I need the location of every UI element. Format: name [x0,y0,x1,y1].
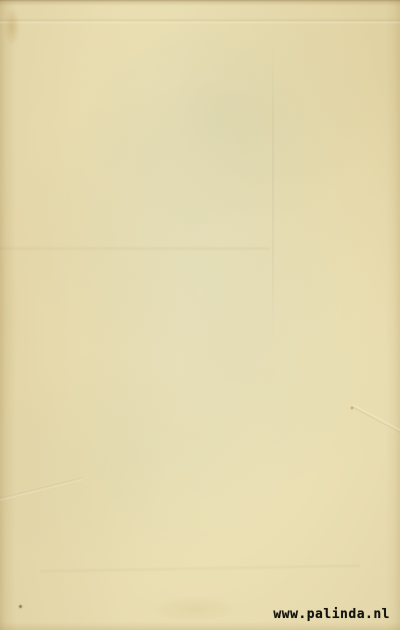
scanned-paper-page: www.palinda.nl [0,0,400,630]
paper-crease-middle [0,246,270,251]
watermark-text: www.palinda.nl [273,608,390,622]
paper-crease-right-diagonal [351,404,400,435]
paper-stain-top-left [4,8,20,46]
paper-showthrough-line [272,40,274,340]
paper-crease-top [0,18,400,24]
paper-stain-bottom-center [150,596,240,622]
paper-crease-bottom [40,563,360,574]
paper-speck-bottom-left [18,604,23,609]
paper-speck-right [350,406,354,410]
paper-crease-bottom-left [0,477,83,502]
